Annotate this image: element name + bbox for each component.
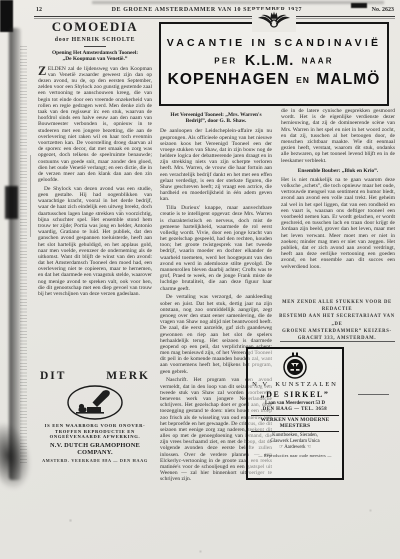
article-body-right-top: die in de latere cynische gesprekken ges…	[281, 108, 395, 165]
gramophone-company-address: AMSTERD. VEERKADE 88A — DEN HAAG	[38, 458, 152, 463]
left-column: COMOEDIA door HENRIK SCHOLTE Opening Het…	[38, 19, 152, 463]
issue-number: No. 2623	[372, 7, 394, 13]
scan-print-through	[20, 46, 27, 464]
article-body-left: ZELDEN zal de lijdensweg van den Koopman…	[38, 66, 152, 363]
klm-malmo: MALMÖ	[316, 71, 380, 88]
sirkel-item: Kunstboeken, Sieraden,	[248, 433, 342, 438]
gramophone-company-name: N.V. DUTCH GRAMOPHONE COMPANY.	[38, 442, 152, 456]
paragraph: die in de latere cynische gesprekken ges…	[281, 108, 395, 164]
scan-bottom-blob	[0, 417, 38, 494]
right-column: die in de latere cynische gesprekken ges…	[281, 108, 395, 294]
klm-per: PER	[214, 57, 237, 66]
scan-edge-mark	[5, 186, 18, 219]
article-body-right-bottom: Het is niet makkelijk na te gaan waarom …	[281, 177, 395, 294]
header-rule	[34, 16, 395, 17]
right-column-rule	[280, 341, 395, 342]
notice-line: GROENE AMSTERDAMMER” KEIZERS-	[278, 328, 396, 335]
klm-ad-line1: VACANTIE IN SCANDINAVIË	[161, 37, 387, 49]
klm-en: EN	[296, 75, 310, 85]
klm-kopenhagen: KOPENHAGEN	[168, 71, 290, 88]
byline-divider	[84, 46, 106, 47]
scan-top-smudge	[92, 1, 384, 4]
guarantee-line: ONGEËVENAARDE AFWERKING.	[38, 434, 152, 440]
paragraph-text: ELDEN zal de lijdensweg van den Koopman …	[38, 66, 152, 183]
gramophone-dog-logo-icon	[66, 384, 124, 421]
byline: door HENRIK SCHOLTE	[38, 37, 152, 43]
paragraph: De aanloopen der Leidscheplein-affaire z…	[160, 128, 272, 202]
editorial-notice: MEN ZENDE ALLE STUKKEN VOOR DE REDACTIE …	[278, 299, 396, 342]
article-heading: Opening Het Amsterdamsch Tooneel: „De Ko…	[38, 50, 152, 63]
gramophone-ad: DIT MERK IS EEN WAARBORG VOOR ONOVER- TR…	[38, 370, 152, 463]
paragraph: De Shylock van dezen avond was een studi…	[38, 186, 152, 297]
klm-abbrev: K.L.M.	[245, 53, 295, 69]
sirkel-footer: — Reproducties naar oude meesters —	[248, 453, 342, 458]
middle-subheading-line2: Bedrijf”, door G. B. Shaw.	[160, 118, 272, 124]
paragraph: ZELDEN zal de lijdensweg van den Koopman…	[38, 66, 152, 184]
middle-subheading: Het Vereenigd Tooneel: „Mrs. Warren's Be…	[160, 112, 272, 125]
notice-line: BESTEMD AAN HET SECRETARIAAT VAN „DE	[278, 313, 396, 327]
notice-line: MEN ZENDE ALLE STUKKEN VOOR DE REDACTIE	[278, 299, 396, 313]
klm-naar: NAAR	[302, 57, 334, 66]
klm-ad: VACANTIE IN SCANDINAVIË PER K.L.M. NAAR …	[159, 22, 389, 106]
sirkel-divider-2	[251, 431, 339, 432]
klm-ad-line3: KOPENHAGEN EN MALMÖ	[161, 71, 387, 89]
paragraph: Tilla Durieux' knappe, maar aanvechtbare…	[160, 205, 272, 292]
merk-label: MERK	[106, 370, 150, 382]
scan-hairline	[30, 155, 31, 237]
drop-cap: Z	[38, 66, 46, 77]
sirkel-street-address: Laan van Meerdervoort 53 D	[248, 401, 342, 406]
sirkel-city-phone: DEN HAAG — TEL. 3658	[248, 407, 342, 412]
sirkel-item: Glaswerk Leerdam Unica	[248, 439, 342, 444]
guarantee-line: IS EEN WAARBORG VOOR ONOVER-	[38, 423, 152, 429]
sirkel-company-line1: N.V. KUNSTZALEN	[248, 381, 342, 388]
gramophone-ad-title: DIT MERK	[38, 370, 152, 382]
right-subheading: Ensemble Bouber: „Blok en Krio”.	[281, 168, 395, 174]
article-body-middle: De aanloopen der Leidscheplein-affaire z…	[160, 128, 272, 548]
article-heading-line2: „De Koopman van Venetië.”	[38, 56, 152, 62]
dit-label: DIT	[40, 370, 66, 382]
sirkel-ad: N.V. KUNSTZALEN „DE SIRKEL” Laan van Mee…	[246, 347, 344, 480]
gramophone-ad-guarantee: IS EEN WAARBORG VOOR ONOVER- TROFFEN REP…	[38, 423, 152, 440]
klm-ad-line2: PER K.L.M. NAAR	[161, 52, 387, 70]
scan-specks	[0, 0, 1, 1]
section-title: COMOEDIA	[38, 19, 152, 35]
sirkel-divider	[251, 415, 339, 416]
newspaper-page: 12 DE GROENE AMSTERDAMMER VAN 10 SEPTEMB…	[0, 0, 400, 559]
middle-column: Het Vereenigd Tooneel: „Mrs. Warren's Be…	[160, 112, 272, 548]
sirkel-monogram-icon	[248, 352, 342, 379]
sirkel-item-hands: ☞ Aardewerk ☜	[248, 445, 342, 450]
sirkel-works-line: WERKEN VAN MODERNE MEESTERS	[248, 417, 342, 429]
paragraph: Het is niet makkelijk na te gaan waarom …	[281, 177, 395, 270]
sirkel-company-line2: „DE SIRKEL”	[248, 390, 342, 399]
scan-dash-artifact	[358, 394, 389, 395]
klm-winged-crown-icon	[252, 10, 296, 32]
page-number: 12	[36, 7, 42, 13]
page-header: 12 DE GROENE AMSTERDAMMER VAN 10 SEPTEMB…	[36, 7, 394, 13]
